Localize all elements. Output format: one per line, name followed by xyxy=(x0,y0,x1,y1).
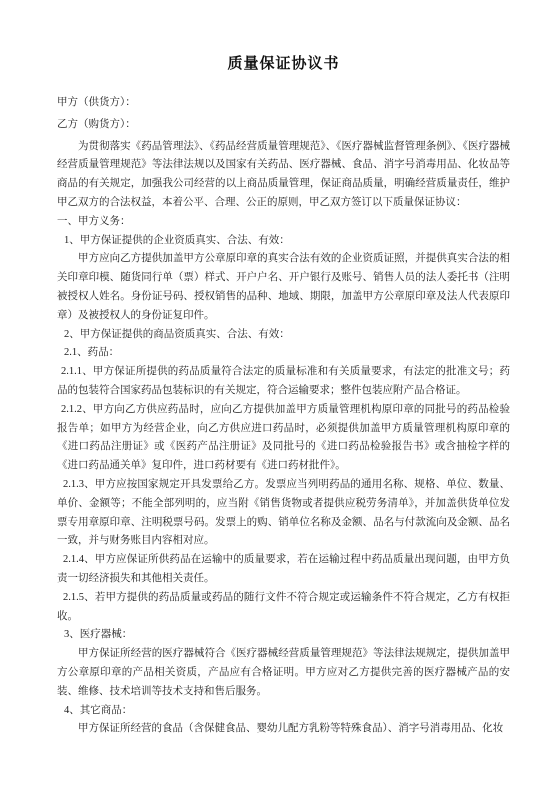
clause-2-1-2: 2.1.2、甲方向乙方供应药品时，应向乙方提供加盖甲方质量管理机构原印章的同批号… xyxy=(57,401,510,476)
clause-1-body: 甲方应向乙方提供加盖甲方公章原印章的真实合法有效的企业资质证照，并提供真实合法的… xyxy=(57,250,510,325)
clause-4-heading: 4、其它商品： xyxy=(57,702,510,721)
document-page: 质量保证协议书 甲方（供货方）： 乙方（购货方）： 为贯彻落实《药品管理法》、《… xyxy=(0,0,560,792)
clause-2-1-heading: 2.1、药品： xyxy=(57,344,510,363)
clause-2-1-4: 2.1.4、甲方应保证所供药品在运输中的质量要求，若在运输过程中药品质量出现问题… xyxy=(57,551,510,589)
clause-2-1-3: 2.1.3、甲方应按国家规定开具发票给乙方。发票应当列明药品的通用名称、规格、单… xyxy=(57,476,510,551)
clause-3-heading: 3、医疗器械： xyxy=(57,626,510,645)
document-title: 质量保证协议书 xyxy=(57,56,510,72)
preamble-paragraph: 为贯彻落实《药品管理法》、《药品经营质量管理规范》、《医疗器械监督管理条例》、《… xyxy=(57,138,510,213)
clause-4-body-partial: 甲方保证所经营的食品（含保健食品、婴幼儿配方乳粉等特殊食品）、消字号消毒用品、化… xyxy=(57,720,510,739)
party-b-line: 乙方（购货方）： xyxy=(57,116,510,135)
section-1-heading: 一、甲方义务： xyxy=(57,213,510,232)
clause-2-heading: 2、甲方保证提供的商品资质真实、合法、有效： xyxy=(57,326,510,345)
clause-1-heading: 1、甲方保证提供的企业资质真实、合法、有效： xyxy=(57,232,510,251)
clause-2-1-1: 2.1.1、甲方保证所提供的药品质量符合法定的质量标准和有关质量要求，有法定的批… xyxy=(57,363,510,401)
clause-3-body: 甲方保证所经营的医疗器械符合《医疗器械经营质量管理规范》等法律法规规定，提供加盖… xyxy=(57,645,510,701)
party-a-line: 甲方（供货方）： xyxy=(57,94,510,113)
clause-2-1-5: 2.1.5、若甲方提供的药品质量或药品的随行文件不符合规定或运输条件不符合规定，… xyxy=(57,589,510,627)
